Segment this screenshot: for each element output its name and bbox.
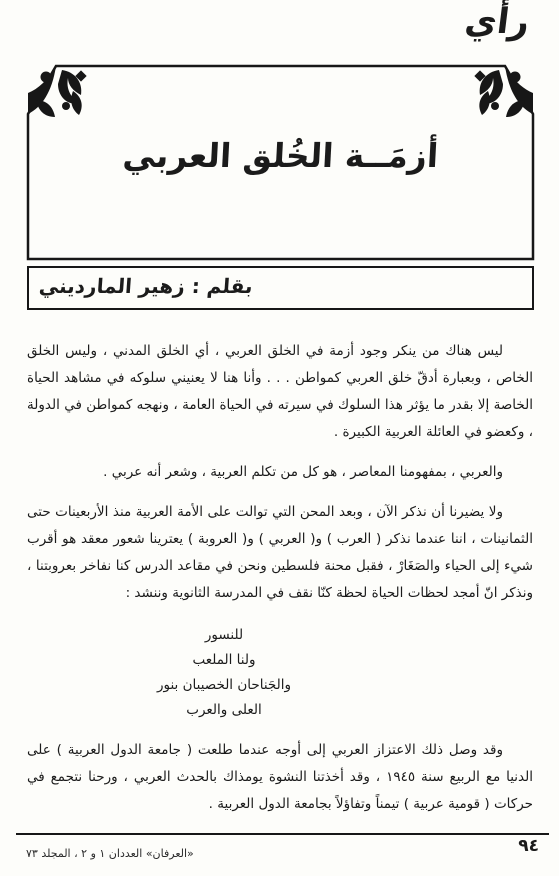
footer-divider [16,833,549,835]
article-body: ليس هناك من ينكر وجود أزمة في الخلق العر… [27,338,533,831]
section-label-calligraphy: رأي [462,2,531,42]
paragraph-2: والعربي ، بمفهومنا المعاصر ، هو كل من تك… [27,459,533,486]
page-number: ٩٤ [518,836,539,856]
paragraph-4: وقد وصل ذلك الاعتزاز العربي إلى أوجه عند… [27,737,533,818]
journal-info: «العرفان» العددان ١ و ٢ ، المجلد ٧٣ [26,847,194,860]
byline-text: بقلم : زهير المارديني [38,274,253,298]
title-frame: أزمَــة الخُلق العربي [26,64,535,262]
verse-line-2: ولنا الملعب [0,648,477,673]
magazine-page: رأي أزمَــة الخُلق العربي بقلم : زهير ال… [0,0,559,876]
verse-line-1: للنسور [0,623,477,648]
verse-line-3: والجَناحان الخصيبان بنور [0,673,477,698]
paragraph-3: ولا يضيرنا أن نذكر الآن ، وبعد المحن الت… [27,499,533,607]
paragraph-1: ليس هناك من ينكر وجود أزمة في الخلق العر… [27,338,533,446]
verse-line-4: العلى والعرب [0,698,477,723]
byline-box: بقلم : زهير المارديني [27,266,534,310]
verse-block: للنسور ولنا الملعب والجَناحان الخصيبان ب… [0,623,477,723]
article-title: أزمَــة الخُلق العربي [25,136,536,175]
